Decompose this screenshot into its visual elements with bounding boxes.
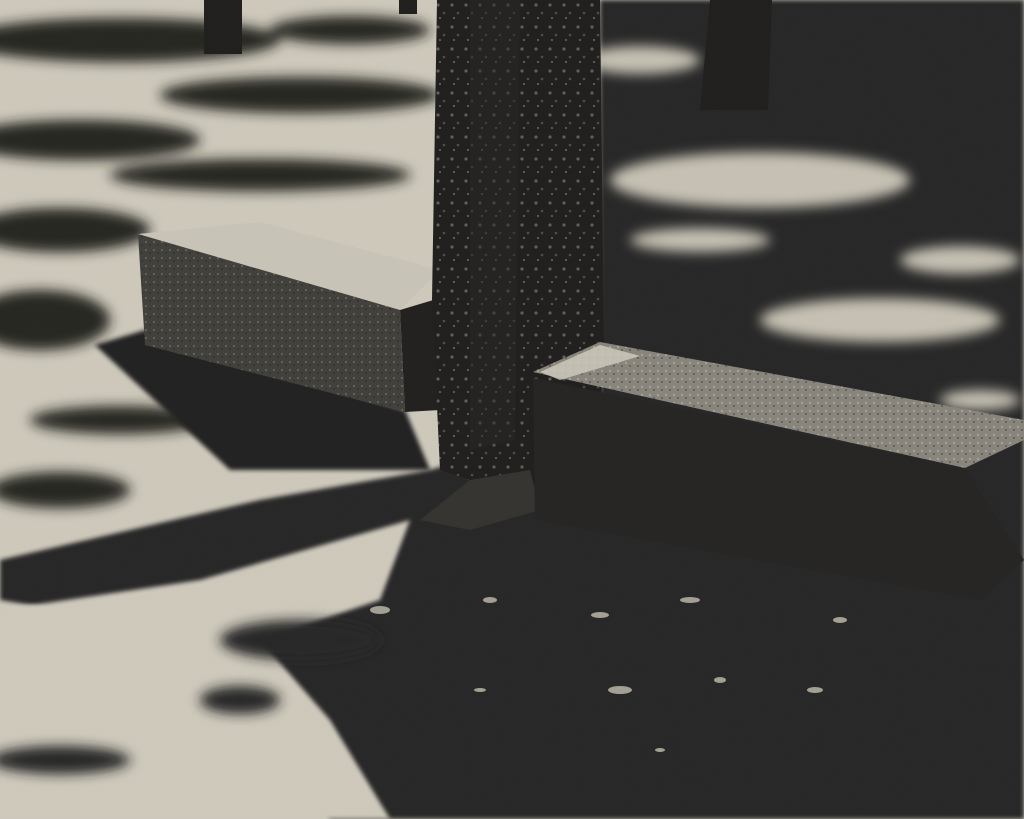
photo-scene: [0, 0, 1024, 819]
film-grain: [0, 0, 1024, 819]
photo-canvas: [0, 0, 1024, 819]
